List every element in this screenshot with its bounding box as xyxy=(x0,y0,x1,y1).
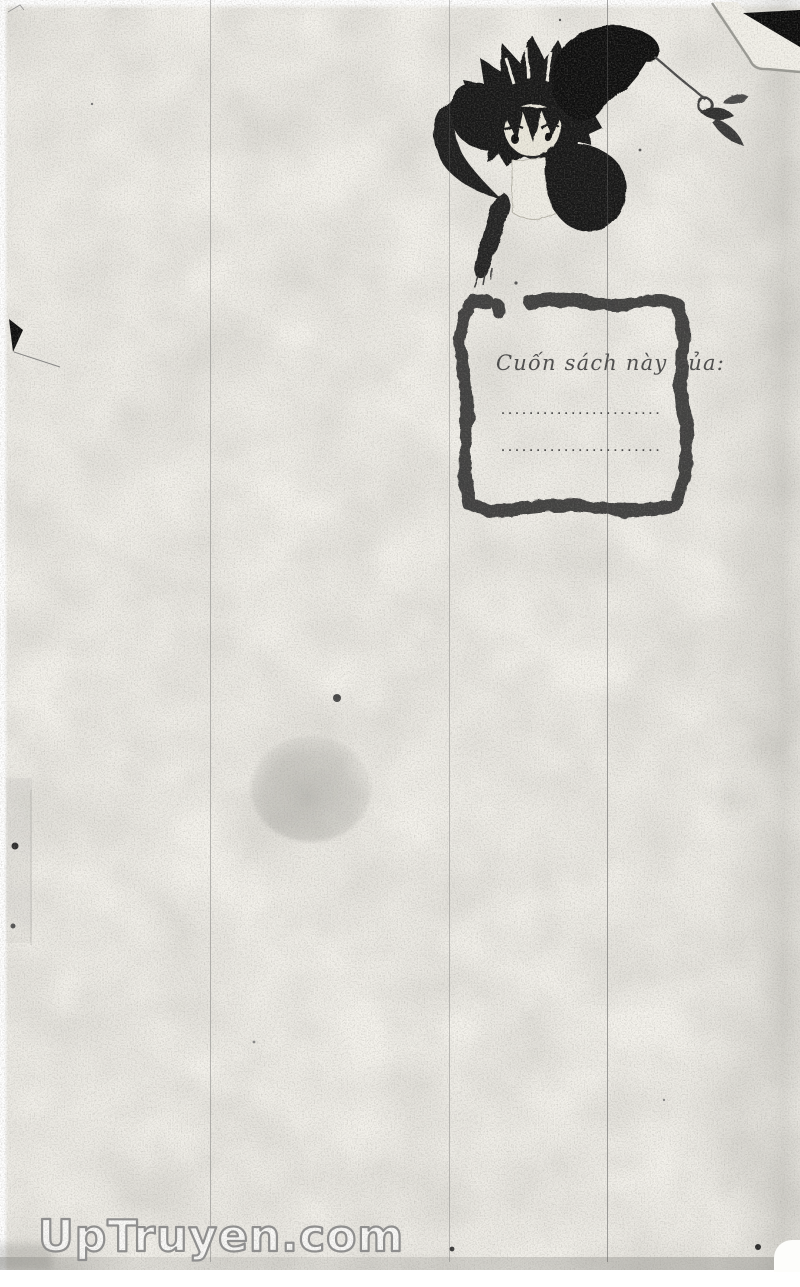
bottom-white-strip xyxy=(0,1270,800,1287)
fray-line xyxy=(474,276,478,287)
character-face xyxy=(505,104,561,156)
speck xyxy=(514,281,517,284)
character-left-eyebrow xyxy=(505,126,523,130)
page-top-edge xyxy=(0,0,800,9)
bottom-right-white-corner xyxy=(774,1240,800,1272)
scanned-page: Cuốn sách này của: .....................… xyxy=(0,0,800,1287)
speck xyxy=(663,1099,665,1101)
character-right-eye xyxy=(545,132,553,142)
speck xyxy=(253,1041,256,1044)
character-right-eyebrow xyxy=(540,124,558,127)
fold-line xyxy=(210,0,211,1262)
right-gutter-shading xyxy=(715,0,800,1270)
ink-spot xyxy=(12,843,19,850)
fray-line xyxy=(483,274,485,285)
speck xyxy=(91,103,93,105)
character-shirt xyxy=(512,158,561,220)
hair-highlight xyxy=(562,66,572,90)
character-bangs xyxy=(503,106,561,142)
speck xyxy=(333,694,341,702)
paper-mottle-texture xyxy=(0,0,800,1287)
write-in-line: ........................................… xyxy=(500,405,662,418)
paper-grain-texture xyxy=(0,0,800,1287)
hair-highlight xyxy=(506,58,514,84)
left-edge-ink-marks xyxy=(6,5,60,945)
paper-smudge xyxy=(700,768,762,830)
watermark: UpTruyen.com xyxy=(0,1195,460,1281)
ownership-box-label: Cuốn sách này của: xyxy=(496,351,686,375)
character-hair-highlights xyxy=(506,48,572,90)
ink-speckles xyxy=(91,19,761,1252)
edge-shade xyxy=(6,778,32,943)
write-in-line: ........................................… xyxy=(500,442,662,455)
mottle-rect xyxy=(0,0,800,1287)
fold-line xyxy=(449,0,450,1262)
speck xyxy=(559,19,561,21)
fray-line xyxy=(491,268,492,280)
paper-stain xyxy=(251,736,371,842)
flower-loop xyxy=(698,98,712,112)
ink-spot xyxy=(11,924,16,929)
character-forearm xyxy=(475,192,510,278)
character-raised-arm xyxy=(551,25,660,120)
artwork-layer xyxy=(0,0,800,1287)
flower-stem xyxy=(656,58,706,100)
manga-character-illustration xyxy=(434,25,748,287)
scratch-line xyxy=(14,352,60,367)
ink-blot xyxy=(9,319,23,352)
character-jacket-right xyxy=(546,144,626,231)
hair-highlight xyxy=(527,48,528,78)
character-smile xyxy=(521,152,546,159)
hair-highlight xyxy=(546,52,551,80)
speck xyxy=(639,149,642,152)
grain-rect xyxy=(0,0,800,1287)
character-hair xyxy=(455,34,606,166)
page-left-edge xyxy=(0,0,8,1287)
watermark-text: UpTruyen.com xyxy=(38,1211,404,1262)
character-jacket-left-sleeve xyxy=(434,100,500,198)
character-jacket-left-shoulder xyxy=(450,84,504,152)
ownership-box: Cuốn sách này của: .....................… xyxy=(456,293,692,519)
fold-line xyxy=(607,0,608,1262)
character-left-eye xyxy=(511,134,519,144)
character-sleeve-fray xyxy=(474,268,492,287)
